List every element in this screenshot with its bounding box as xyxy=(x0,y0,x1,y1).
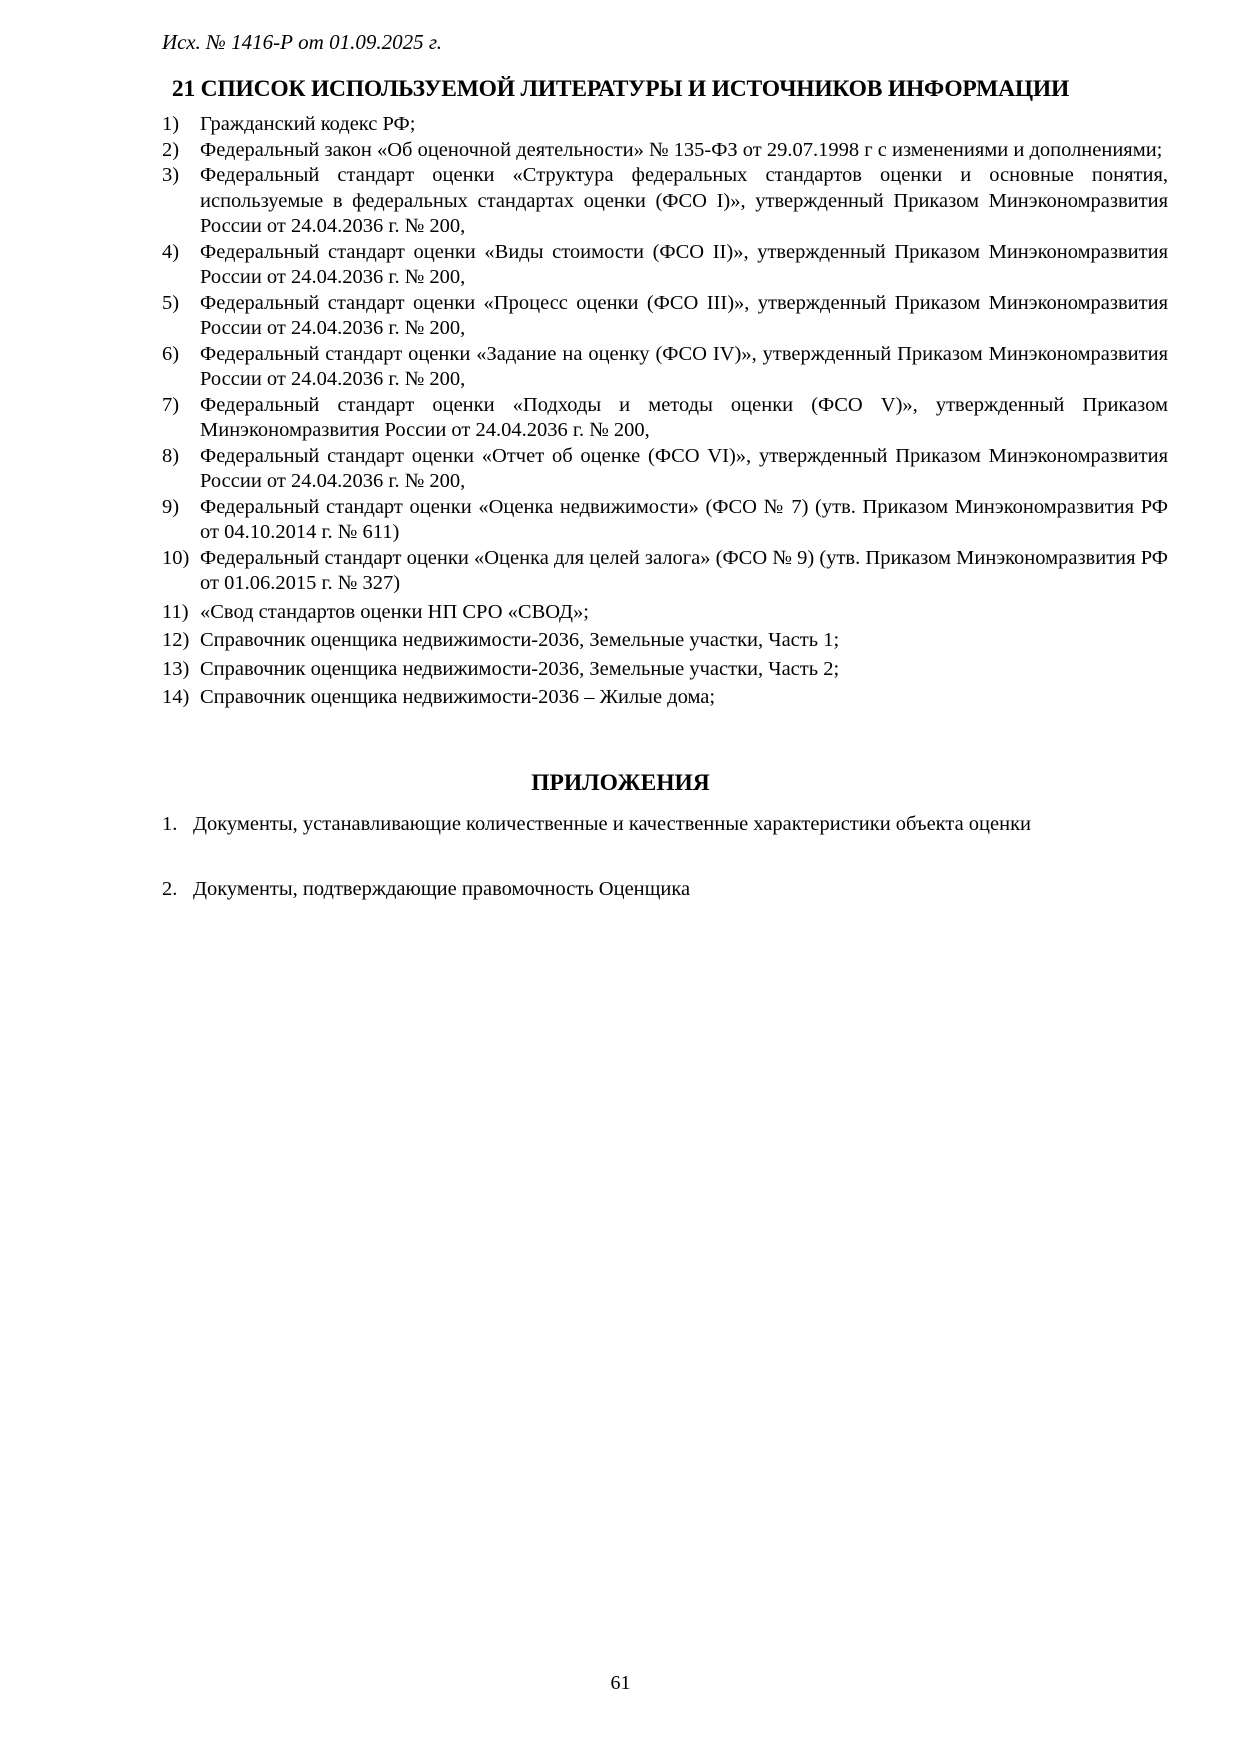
section-title: 21 СПИСОК ИСПОЛЬЗУЕМОЙ ЛИТЕРАТУРЫ И ИСТО… xyxy=(0,76,1241,103)
item-number: 1. xyxy=(162,812,177,838)
appendix-item: 2.Документы, подтверждающие правомочност… xyxy=(162,877,1168,903)
item-number: 9) xyxy=(162,495,179,521)
item-text: Федеральный стандарт оценки «Оценка для … xyxy=(200,547,1168,595)
references-list: 1)Гражданский кодекс РФ; 2)Федеральный з… xyxy=(162,112,1168,711)
item-number: 12) xyxy=(162,628,189,654)
item-text: Документы, подтверждающие правомочность … xyxy=(193,878,690,900)
item-text: Федеральный стандарт оценки «Оценка недв… xyxy=(200,496,1168,544)
item-text: Федеральный стандарт оценки «Структура ф… xyxy=(200,164,1168,237)
item-text: Федеральный стандарт оценки «Задание на … xyxy=(200,343,1168,391)
item-number: 11) xyxy=(162,600,189,626)
item-number: 4) xyxy=(162,240,179,266)
item-text: Гражданский кодекс РФ; xyxy=(200,113,415,135)
document-reference-number: Исх. № 1416-Р от 01.09.2025 г. xyxy=(162,30,442,55)
item-text: Справочник оценщика недвижимости-2036 – … xyxy=(200,686,715,708)
reference-item: 10)Федеральный стандарт оценки «Оценка д… xyxy=(162,546,1168,597)
reference-item: 6)Федеральный стандарт оценки «Задание н… xyxy=(162,342,1168,393)
reference-item: 1)Гражданский кодекс РФ; xyxy=(162,112,1168,138)
item-text: «Свод стандартов оценки НП СРО «СВОД»; xyxy=(200,601,589,623)
item-number: 1) xyxy=(162,112,179,138)
reference-item: 9)Федеральный стандарт оценки «Оценка не… xyxy=(162,495,1168,546)
item-text: Справочник оценщика недвижимости-2036, З… xyxy=(200,629,839,651)
item-number: 2. xyxy=(162,877,177,903)
item-text: Документы, устанавливающие количественны… xyxy=(193,813,1031,835)
reference-item: 2)Федеральный закон «Об оценочной деятел… xyxy=(162,138,1168,164)
reference-item: 7)Федеральный стандарт оценки «Подходы и… xyxy=(162,393,1168,444)
item-number: 5) xyxy=(162,291,179,317)
reference-item: 4)Федеральный стандарт оценки «Виды стои… xyxy=(162,240,1168,291)
item-number: 3) xyxy=(162,163,179,189)
item-text: Федеральный стандарт оценки «Отчет об оц… xyxy=(200,445,1168,493)
reference-item: 8)Федеральный стандарт оценки «Отчет об … xyxy=(162,444,1168,495)
item-text: Справочник оценщика недвижимости-2036, З… xyxy=(200,658,839,680)
appendices-list: 1.Документы, устанавливающие количествен… xyxy=(162,812,1168,902)
item-number: 6) xyxy=(162,342,179,368)
item-number: 7) xyxy=(162,393,179,419)
item-text: Федеральный стандарт оценки «Виды стоимо… xyxy=(200,241,1168,289)
item-number: 14) xyxy=(162,685,189,711)
item-number: 8) xyxy=(162,444,179,470)
item-text: Федеральный стандарт оценки «Процесс оце… xyxy=(200,292,1168,340)
reference-item: 12)Справочник оценщика недвижимости-2036… xyxy=(162,628,1168,654)
item-number: 10) xyxy=(162,546,189,572)
item-text: Федеральный стандарт оценки «Подходы и м… xyxy=(200,394,1168,442)
appendix-item: 1.Документы, устанавливающие количествен… xyxy=(162,812,1168,838)
reference-item: 3)Федеральный стандарт оценки «Структура… xyxy=(162,163,1168,240)
appendices-title: ПРИЛОЖЕНИЯ xyxy=(0,770,1241,797)
item-number: 13) xyxy=(162,657,189,683)
item-text: Федеральный закон «Об оценочной деятельн… xyxy=(200,139,1162,161)
page-number: 61 xyxy=(0,1672,1241,1695)
item-number: 2) xyxy=(162,138,179,164)
reference-item: 13)Справочник оценщика недвижимости-2036… xyxy=(162,657,1168,683)
reference-item: 5)Федеральный стандарт оценки «Процесс о… xyxy=(162,291,1168,342)
reference-item: 11) «Свод стандартов оценки НП СРО «СВОД… xyxy=(162,600,1168,626)
reference-item: 14)Справочник оценщика недвижимости-2036… xyxy=(162,685,1168,711)
